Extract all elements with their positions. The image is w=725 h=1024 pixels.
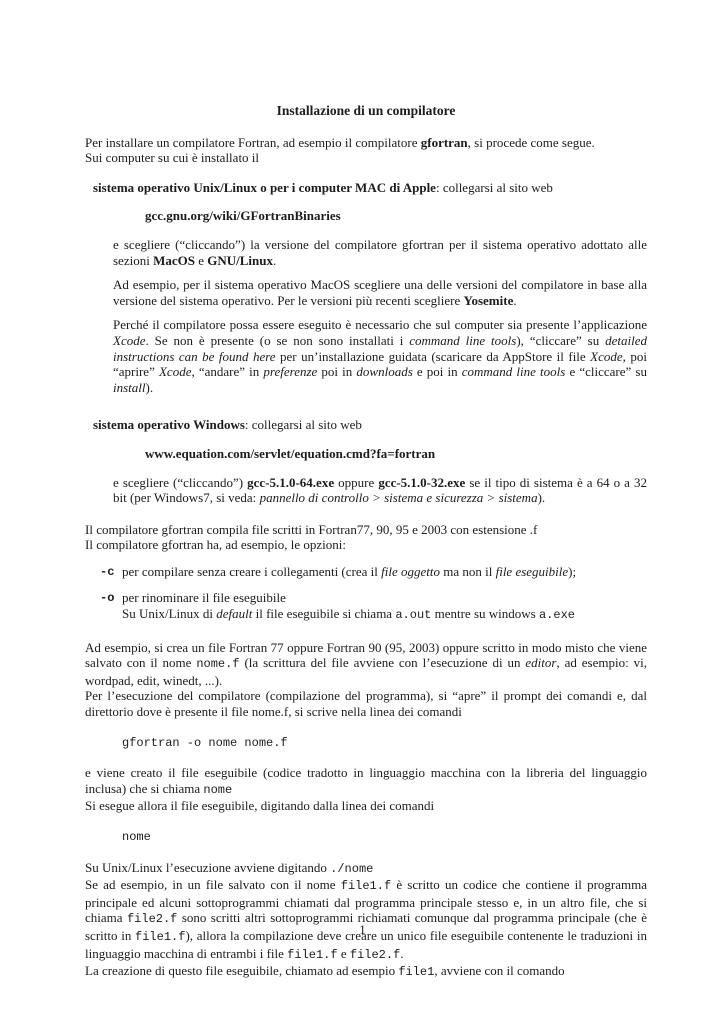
text: . [273,253,276,268]
document-body: Per installare un compilatore Fortran, a… [85,135,647,981]
text: ma non il [440,564,496,579]
text: ). [146,380,154,395]
text: ), “cliccare” su [516,333,605,348]
text: per rinominare il file eseguibile [122,590,286,605]
code-text: nome [203,783,232,797]
text: Si esegue allora il file eseguibile, dig… [85,798,434,813]
page-title: Installazione di un compilatore [85,103,647,119]
intro-paragraph: Per installare un compilatore Fortran, a… [85,135,647,166]
text: . [400,946,403,961]
text: poi in [317,364,356,379]
section-heading-windows: sistema operativo Windows: collegarsi al… [85,417,647,433]
code-text: file2.f [350,948,400,962]
paragraph-gfortran-options: Il compilatore gfortran compila file scr… [85,522,647,553]
text: Sui computer su cui è installato il [85,150,259,165]
text: e viene creato il file eseguibile (codic… [85,765,647,796]
text: per un’installazione guidata (scaricare … [276,349,591,364]
paragraph-xcode: Perché il compilatore possa essere esegu… [113,317,647,395]
text: Perché il compilatore possa essere esegu… [113,317,647,332]
text: e [195,253,207,268]
text: Per l’esecuzione del compilatore (compil… [85,688,647,719]
bold-text: sistema operativo Windows [93,417,245,432]
italic-text: command line tools [462,364,566,379]
document-page: Installazione di un compilatore Per inst… [0,0,725,1024]
text: . Se non è presente (o se non sono insta… [145,333,409,348]
text: mentre su windows [431,606,539,621]
option-label: -o [100,591,114,607]
text: oppure [334,475,378,490]
code-text: a.out [395,608,431,622]
bold-text: Yosemite [464,293,514,308]
bold-text: gcc.gnu.org/wiki/GFortranBinaries [145,208,341,223]
text: Il compilatore gfortran ha, ad esempio, … [85,537,346,552]
italic-text: Xcode [590,349,622,364]
italic-text: Xcode [113,333,145,348]
code-text: ./nome [330,862,373,876]
page-number: 1 [0,922,725,938]
text: , si procede come segue. [468,135,595,150]
section-heading-unix-mac: sistema operativo Unix/Linux o per i com… [85,180,647,196]
text: Su Unix/Linux di [122,606,216,621]
text: e scegliere (“cliccando”) [113,475,247,490]
command-nome: nome [85,828,647,846]
code-text: file1 [398,965,434,979]
text: : collegarsi al sito web [436,180,553,195]
text: ). [538,490,546,505]
code-text: nome [122,830,151,844]
url-equation: www.equation.com/servlet/equation.cmd?fa… [85,446,647,462]
text: , “andare” in [191,364,263,379]
paragraph-create-file: Ad esempio, si crea un file Fortran 77 o… [85,640,647,720]
text: il file eseguibile si chiama [252,606,395,621]
text: Il compilatore gfortran compila file scr… [85,522,537,537]
bold-text: gcc-5.1.0-32.exe [378,475,465,490]
italic-text: downloads [356,364,412,379]
text: : collegarsi al sito web [245,417,362,432]
paragraph-macos-example: Ad esempio, per il sistema operativo Mac… [113,277,647,308]
bold-text: sistema operativo Unix/Linux o per i com… [93,180,436,195]
italic-text: pannello di controllo > sistema e sicure… [260,490,538,505]
command-gfortran: gfortran -o nome nome.f [85,734,647,752]
code-text: gfortran -o nome nome.f [122,736,288,750]
text: La creazione di questo file eseguibile, … [85,963,398,978]
text: Se ad esempio, in un file salvato con il… [85,877,341,892]
text: . [513,293,516,308]
option-item-o: -oper rinominare il file eseguibileSu Un… [85,590,647,623]
text: Su Unix/Linux l’esecuzione avviene digit… [85,860,330,875]
paragraph-executable-created: e viene creato il file eseguibile (codic… [85,765,647,814]
text: Ad esempio, per il sistema operativo Mac… [113,277,647,308]
option-label: -c [100,565,114,581]
text: e “cliccare” su [565,364,647,379]
bold-text: gfortran [421,135,468,150]
text: e [338,946,350,961]
text: , avviene con il comando [434,963,564,978]
italic-text: Xcode [159,364,191,379]
italic-text: command line tools [409,333,516,348]
code-text: file1.f [341,879,391,893]
bold-text: MacOS [153,253,195,268]
option-item-c: -cper compilare senza creare i collegame… [85,564,647,580]
italic-text: file oggetto [381,564,440,579]
paragraph-choose-version: e scegliere (“cliccando”) la versione de… [113,237,647,268]
url-gcc-wiki: gcc.gnu.org/wiki/GFortranBinaries [85,208,647,224]
code-text: a.exe [539,608,575,622]
paragraph-windows-choose: e scegliere (“cliccando”) gcc-5.1.0-64.e… [113,475,647,506]
italic-text: default [216,606,252,621]
code-text: nome.f [196,657,239,671]
bold-text: GNU/Linux [207,253,273,268]
text: per compilare senza creare i collegament… [122,564,381,579]
text: e poi in [413,364,462,379]
italic-text: file eseguibile [496,564,569,579]
italic-text: preferenze [263,364,317,379]
code-text: file1.f [287,948,337,962]
italic-text: editor [525,655,556,670]
paragraph-multi-file: Su Unix/Linux l’esecuzione avviene digit… [85,860,647,981]
bold-text: www.equation.com/servlet/equation.cmd?fa… [145,446,435,461]
text: Per installare un compilatore Fortran, a… [85,135,421,150]
italic-text: install [113,380,146,395]
bold-text: gcc-5.1.0-64.exe [247,475,334,490]
text: (la scrittura del file avviene con l’ese… [240,655,526,670]
text: ); [568,564,576,579]
